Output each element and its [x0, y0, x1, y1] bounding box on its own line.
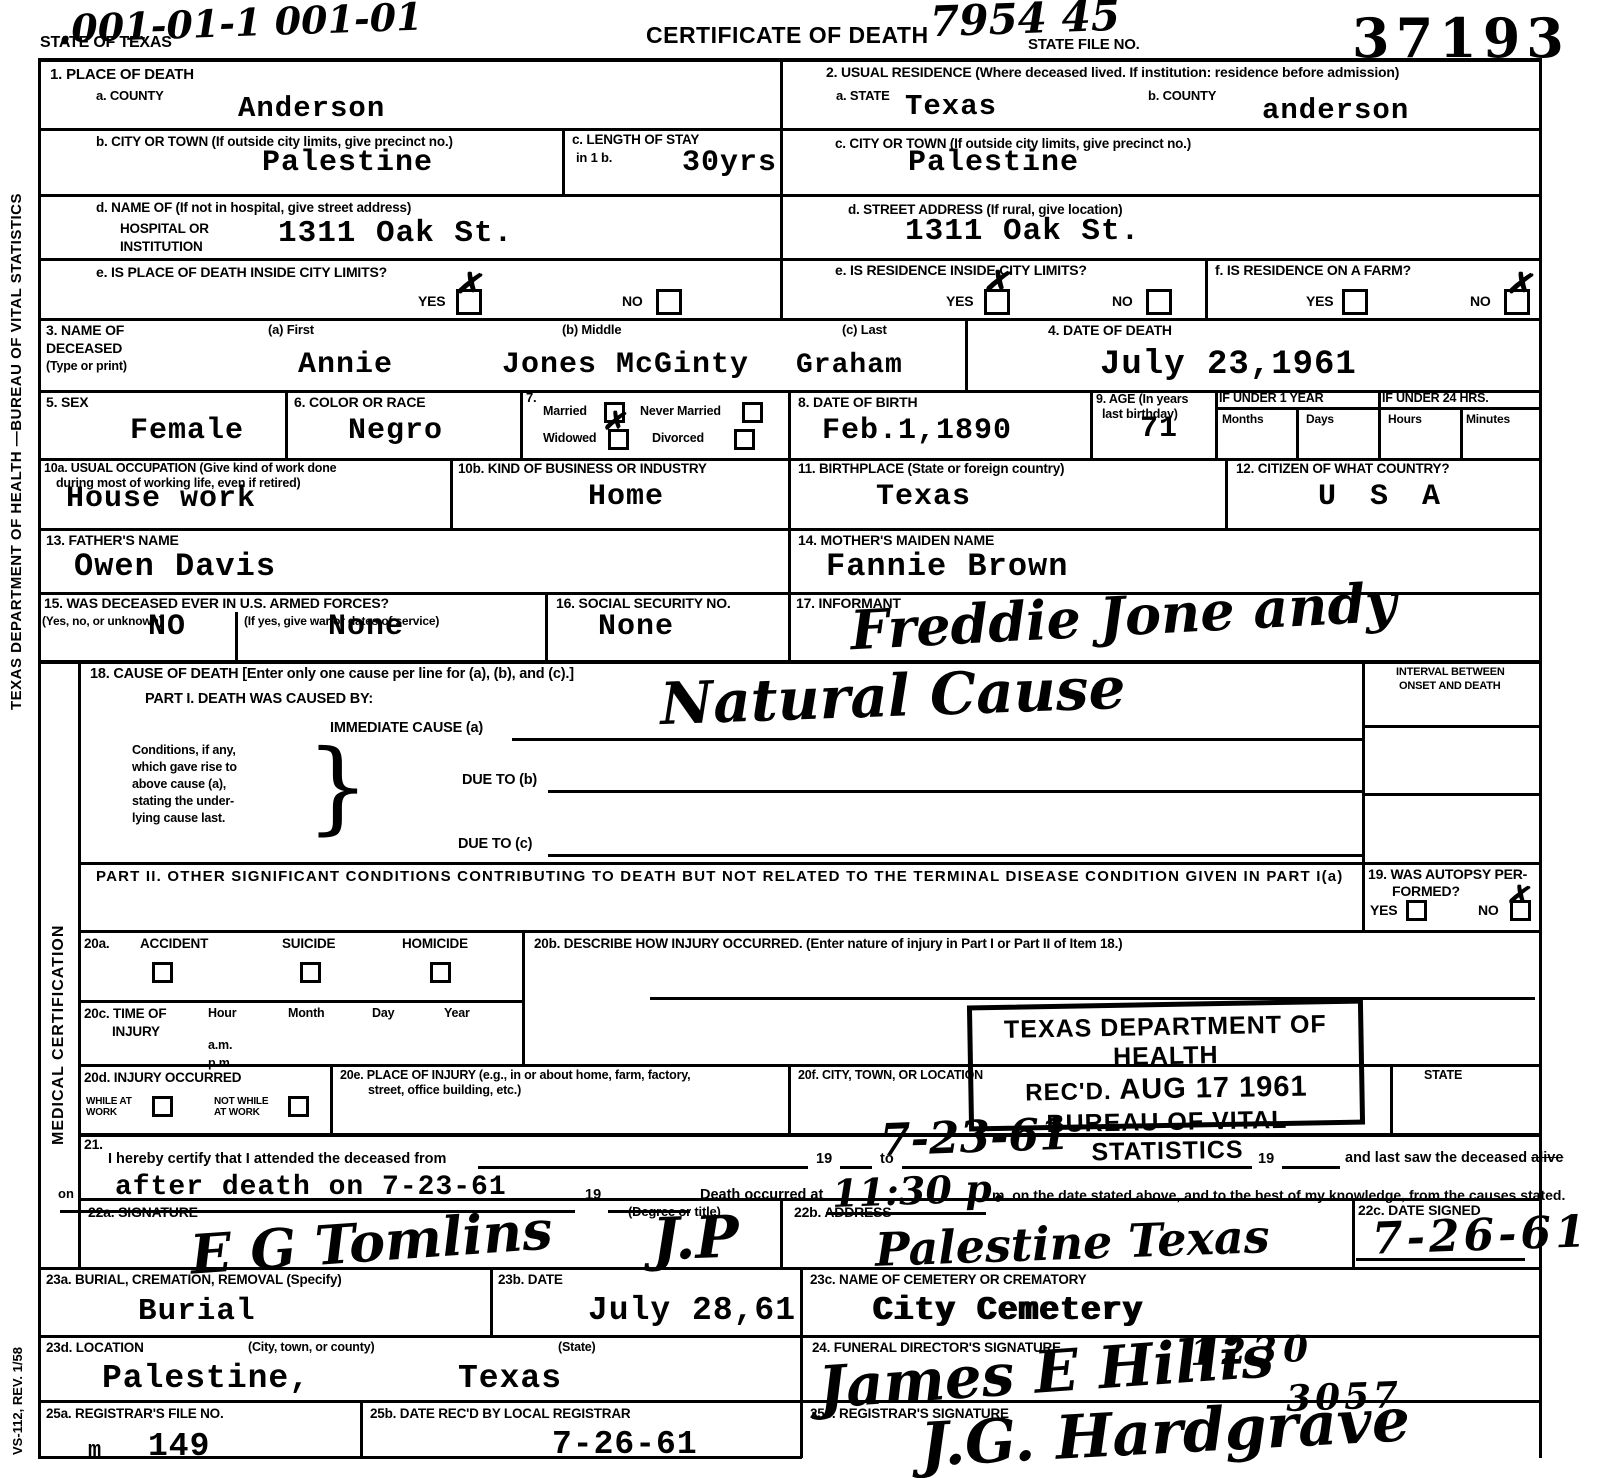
- father-label: 13. FATHER'S NAME: [46, 532, 179, 548]
- residence-state-value: Texas: [905, 90, 997, 123]
- part1-label: PART I. DEATH WAS CAUSED BY:: [145, 691, 373, 707]
- divider: [38, 194, 1542, 197]
- name-label-1: 3. NAME OF: [46, 322, 124, 338]
- death-certificate-document: .001-01-1 001-01 STATE OF TEXAS CERTIFIC…: [0, 0, 1598, 1478]
- suicide-label: SUICIDE: [282, 936, 335, 951]
- armed-forces-label: 15. WAS DECEASED EVER IN U.S. ARMED FORC…: [44, 595, 389, 611]
- divider: [38, 660, 1542, 664]
- divider: [788, 1064, 791, 1133]
- death-occurred-label: Death occurred at: [700, 1187, 823, 1203]
- months-label: Months: [1222, 412, 1263, 426]
- farm-no-label: NO: [1470, 293, 1491, 309]
- divider: [1296, 407, 1299, 458]
- race-label: 6. COLOR OR RACE: [294, 394, 425, 410]
- injury-state-label: STATE: [1424, 1068, 1462, 1082]
- due-to-b-line: [548, 790, 1362, 793]
- divider: [800, 1267, 803, 1458]
- father-value: Owen Davis: [74, 548, 276, 585]
- conditions-note-3: above cause (a),: [132, 777, 226, 791]
- nineteen-a: 19: [816, 1151, 832, 1167]
- divider: [965, 318, 968, 390]
- under-24-hrs-label: IF UNDER 24 HRS.: [1382, 391, 1489, 405]
- page-title: CERTIFICATE OF DEATH: [646, 22, 929, 49]
- armed-forces-value-2: None: [328, 610, 404, 644]
- pod-no-checkbox: [656, 289, 682, 315]
- burial-type-label: 23a. BURIAL, CREMATION, REMOVAL (Specify…: [46, 1272, 342, 1287]
- margin-agency-label: TEXAS DEPARTMENT OF HEALTH —BUREAU OF VI…: [8, 193, 25, 710]
- burial-state-value: Texas: [458, 1360, 562, 1397]
- conditions-note-1: Conditions, if any,: [132, 743, 236, 757]
- autopsy-label-2: FORMED?: [1392, 883, 1460, 899]
- injury-blank-line: [650, 997, 1535, 1000]
- certify-text-1: I hereby certify that I attended the dec…: [108, 1151, 446, 1167]
- divider: [78, 1000, 522, 1003]
- year-label: Year: [444, 1006, 470, 1020]
- interval-label-2: ONSET AND DEATH: [1399, 680, 1501, 692]
- sex-label: 5. SEX: [46, 394, 88, 410]
- day-label: Day: [372, 1006, 394, 1020]
- birthplace-label: 11. BIRTHPLACE (State or foreign country…: [798, 461, 1064, 476]
- county-value: Anderson: [238, 92, 385, 125]
- certify-text-2: m. on the date stated above, and to the …: [992, 1187, 1565, 1203]
- armed-forces-sub-1: (Yes, no, or unknown): [42, 614, 162, 628]
- never-married-label: Never Married: [640, 404, 721, 418]
- hours-label: Hours: [1388, 412, 1422, 426]
- middle-name-label: (b) Middle: [562, 322, 621, 337]
- time-of-injury-label-2: INJURY: [112, 1024, 160, 1039]
- pod-inside-city-label: e. IS PLACE OF DEATH INSIDE CITY LIMITS?: [96, 264, 387, 280]
- residence-state-label: a. STATE: [836, 88, 890, 103]
- due-to-c-line: [548, 854, 1362, 857]
- not-while-label-1: NOT WHILE: [214, 1096, 268, 1107]
- state-of-texas-label: STATE OF TEXAS: [40, 34, 172, 52]
- suicide-checkbox: [300, 962, 321, 983]
- pod-yes-label: YES: [418, 293, 445, 309]
- res-yes-label: YES: [946, 293, 973, 309]
- divorced-label: Divorced: [652, 431, 704, 445]
- middle-name-value-2: McGinty: [616, 348, 749, 382]
- not-while-label-2: AT WORK: [214, 1107, 260, 1118]
- length-of-stay-value: 30yrs: [682, 146, 777, 180]
- degree-value: J.P: [651, 1203, 740, 1274]
- under-1-year-label: IF UNDER 1 YEAR: [1219, 391, 1323, 405]
- date-signed-value: 7-26-61: [1371, 1206, 1590, 1265]
- length-of-stay-sub: in 1 b.: [576, 150, 612, 165]
- date-of-death-label: 4. DATE OF DEATH: [1048, 322, 1172, 338]
- divider: [562, 128, 565, 194]
- hospital-label-1: d. NAME OF (If not in hospital, give str…: [96, 200, 411, 215]
- stamp-recd-label: REC'D.: [1025, 1078, 1112, 1107]
- divider: [330, 1064, 333, 1133]
- date-signed-line: [1356, 1258, 1525, 1261]
- mother-value: Fannie Brown: [826, 548, 1068, 585]
- birthplace-value: Texas: [876, 480, 971, 514]
- am-label: a.m.: [208, 1038, 232, 1052]
- divider: [788, 390, 791, 660]
- interval-label-1: INTERVAL BETWEEN: [1396, 666, 1505, 678]
- divider: [38, 128, 1542, 131]
- res-no-label: NO: [1112, 293, 1133, 309]
- divider: [1362, 660, 1365, 930]
- pm-label: p.m.: [208, 1056, 233, 1070]
- hospital-label-2: HOSPITAL OR: [120, 221, 209, 236]
- place-of-injury-label-1: 20e. PLACE OF INJURY (e.g., in or about …: [340, 1068, 690, 1082]
- margin-form-number-label: VS-112, REV. 1/58: [10, 1347, 25, 1455]
- divider: [545, 592, 548, 660]
- certify-item-no: 21.: [84, 1136, 103, 1152]
- never-married-checkbox: [742, 402, 763, 423]
- first-name-value: Annie: [298, 348, 393, 382]
- burial-location-sub-1: (City, town, or county): [248, 1340, 374, 1354]
- line-19a: [840, 1166, 872, 1169]
- street-address-value: 1311 Oak St.: [905, 214, 1140, 249]
- age-value: 71: [1140, 412, 1178, 446]
- hospital-value: 1311 Oak St.: [278, 216, 513, 251]
- farm-yes-checkbox: [1342, 289, 1368, 315]
- accident-label: ACCIDENT: [140, 936, 208, 951]
- medical-certification-side-label: MEDICAL CERTIFICATION: [50, 925, 68, 1145]
- to-word: to: [880, 1151, 894, 1167]
- citizen-label: 12. CITIZEN OF WHAT COUNTRY?: [1236, 461, 1449, 476]
- signature-label: 22a. SIGNATURE: [88, 1204, 198, 1220]
- divider: [38, 58, 1542, 62]
- last-saw-text: and last saw the deceased alive: [1345, 1150, 1563, 1166]
- divider: [1460, 407, 1463, 458]
- business-value: Home: [588, 480, 664, 514]
- age-label-1: 9. AGE (In years: [1096, 392, 1188, 406]
- homicide-label: HOMICIDE: [402, 936, 468, 951]
- married-label: Married: [543, 404, 587, 418]
- stamp-line-2: REC'D. AUG 17 1961: [973, 1070, 1360, 1110]
- sex-value: Female: [130, 414, 244, 448]
- hour-label: Hour: [208, 1006, 236, 1020]
- divider: [1090, 390, 1093, 458]
- divider: [780, 58, 783, 318]
- divider: [1205, 258, 1208, 318]
- divider: [1362, 793, 1542, 796]
- registrar-file-label: 25a. REGISTRAR'S FILE NO.: [46, 1406, 224, 1421]
- business-label: 10b. KIND OF BUSINESS OR INDUSTRY: [458, 461, 707, 476]
- occupation-value: House work: [66, 482, 256, 516]
- race-value: Negro: [348, 414, 443, 448]
- due-to-c-label: DUE TO (c): [458, 836, 532, 852]
- while-at-work-label-2: WORK: [86, 1107, 117, 1118]
- struck-alive-word: alive: [1531, 1150, 1563, 1166]
- stamp-line-1: TEXAS DEPARTMENT OF HEALTH: [972, 1010, 1359, 1075]
- pod-no-label: NO: [622, 293, 643, 309]
- cemetery-value: City Cemetery: [872, 1292, 1142, 1329]
- citizen-value: U S A: [1318, 480, 1448, 514]
- armed-forces-value-1: NO: [148, 610, 186, 644]
- dob-value: Feb.1,1890: [822, 414, 1012, 448]
- conditions-brace: }: [306, 728, 370, 845]
- divider: [285, 390, 288, 458]
- divider: [38, 258, 1542, 261]
- conditions-note-4: stating the under-: [132, 794, 234, 808]
- divider: [1352, 1198, 1355, 1267]
- border: [38, 58, 41, 1458]
- divider: [1378, 390, 1381, 458]
- widowed-label: Widowed: [543, 431, 596, 445]
- ssn-value: None: [598, 610, 674, 644]
- address-label: 22b. ADDRESS: [794, 1204, 891, 1220]
- divider: [780, 1198, 783, 1267]
- autopsy-yes-checkbox: [1406, 900, 1427, 921]
- ssn-label: 16. SOCIAL SECURITY NO.: [556, 595, 731, 611]
- res-no-checkbox: [1146, 289, 1172, 315]
- burial-location-sub-2: (State): [558, 1340, 596, 1354]
- dob-label: 8. DATE OF BIRTH: [798, 394, 917, 410]
- from-line: [478, 1166, 808, 1169]
- registrar-file-value: 149: [148, 1428, 210, 1465]
- farm-label: f. IS RESIDENCE ON A FARM?: [1215, 262, 1411, 278]
- time-of-injury-label-1: 20c. TIME OF: [84, 1006, 166, 1021]
- cemetery-label: 23c. NAME OF CEMETERY OR CREMATORY: [810, 1272, 1087, 1287]
- divider: [78, 660, 81, 1267]
- while-at-work-checkbox: [152, 1096, 173, 1117]
- burial-type-value: Burial: [138, 1294, 256, 1329]
- divider: [490, 1267, 493, 1335]
- days-label: Days: [1306, 412, 1334, 426]
- funeral-number-1: 1230: [1189, 1328, 1315, 1374]
- autopsy-yes-label: YES: [1370, 902, 1397, 918]
- divider: [78, 930, 1542, 933]
- part2-label: PART II. OTHER SIGNIFICANT CONDITIONS CO…: [96, 868, 1344, 885]
- after-death-value: after death on 7-23-61: [115, 1172, 507, 1203]
- immediate-cause-value: Natural Cause: [659, 654, 1126, 738]
- how-injury-label: 20b. DESCRIBE HOW INJURY OCCURRED. (Ente…: [534, 936, 1122, 951]
- line-19b: [1282, 1166, 1340, 1169]
- divider: [38, 1335, 1542, 1338]
- divorced-checkbox: [734, 429, 755, 450]
- stamp-date: AUG 17 1961: [1119, 1071, 1308, 1106]
- residence-county-label: b. COUNTY: [1148, 88, 1216, 103]
- burial-location-label: 23d. LOCATION: [46, 1340, 144, 1355]
- residence-section-label: 2. USUAL RESIDENCE (Where deceased lived…: [826, 64, 1399, 80]
- first-name-label: (a) First: [268, 322, 314, 337]
- occupation-label-1: 10a. USUAL OCCUPATION (Give kind of work…: [44, 461, 336, 475]
- divider: [522, 930, 525, 1064]
- nineteen-b: 19: [1258, 1151, 1274, 1167]
- month-label: Month: [288, 1006, 324, 1020]
- divider: [235, 612, 238, 660]
- pod-yes-checkmark: ✗: [454, 265, 488, 303]
- divider: [1390, 1064, 1393, 1133]
- burial-city-value: Palestine,: [102, 1360, 310, 1397]
- divider: [450, 458, 453, 528]
- marital-item-label: 7.: [526, 390, 536, 405]
- recd-by-registrar-label: 25b. DATE REC'D BY LOCAL REGISTRAR: [370, 1406, 630, 1421]
- res-inside-city-label: e. IS RESIDENCE INSIDE CITY LIMITS?: [835, 262, 1087, 278]
- autopsy-label-1: 19. WAS AUTOPSY PER-: [1368, 866, 1527, 882]
- divider: [1225, 458, 1228, 528]
- place-of-death-section-label: 1. PLACE OF DEATH: [50, 66, 194, 83]
- mother-label: 14. MOTHER'S MAIDEN NAME: [798, 532, 994, 548]
- injury-city-label: 20f. CITY, TOWN, OR LOCATION: [798, 1068, 983, 1082]
- recd-date-value: 7-26-61: [552, 1426, 698, 1463]
- length-of-stay-label: c. LENGTH OF STAY: [572, 132, 699, 147]
- date-of-death-value: July 23,1961: [1100, 346, 1357, 384]
- res-city-value: Palestine: [908, 146, 1079, 180]
- divider: [1362, 725, 1542, 728]
- due-to-b-label: DUE TO (b): [462, 772, 537, 788]
- county-label: a. COUNTY: [96, 88, 164, 103]
- divider: [38, 318, 1542, 321]
- burial-date-value: July 28,61: [588, 1292, 796, 1329]
- nineteen-c: 19: [585, 1187, 601, 1203]
- divider: [520, 390, 523, 458]
- divider: [360, 1400, 363, 1458]
- burial-date-label: 23b. DATE: [498, 1272, 563, 1287]
- not-while-checkbox: [288, 1096, 309, 1117]
- pod-city-value: Palestine: [262, 146, 433, 180]
- attended-from-value: 7-23-61: [879, 1109, 1070, 1167]
- last-name-label: (c) Last: [842, 322, 887, 337]
- divider: [78, 862, 1542, 865]
- conditions-note-5: lying cause last.: [132, 811, 225, 825]
- last-name-value: Graham: [796, 350, 903, 381]
- accident-checkbox: [152, 962, 173, 983]
- injury-occurred-label: 20d. INJURY OCCURRED: [84, 1070, 241, 1085]
- while-at-work-label-1: WHILE AT: [86, 1096, 132, 1107]
- minutes-label: Minutes: [1466, 412, 1510, 426]
- middle-name-value-1: Jones: [502, 348, 597, 382]
- name-label-3: (Type or print): [46, 359, 127, 373]
- conditions-note-2: which gave rise to: [132, 760, 237, 774]
- autopsy-no-label: NO: [1478, 902, 1499, 918]
- divider: [1215, 390, 1218, 458]
- on-word: on: [58, 1186, 74, 1201]
- accident-item-no: 20a.: [84, 936, 109, 951]
- hospital-label-3: INSTITUTION: [120, 239, 203, 254]
- farm-no-checkmark: ✗: [1505, 265, 1539, 303]
- homicide-checkbox: [430, 962, 451, 983]
- cause-a-line: [512, 738, 1362, 741]
- residence-county-value: anderson: [1262, 94, 1409, 127]
- registrar-file-prefix: m: [88, 1438, 102, 1463]
- cause-of-death-label: 18. CAUSE OF DEATH [Enter only one cause…: [90, 666, 574, 682]
- farm-yes-label: YES: [1306, 293, 1333, 309]
- name-label-2: DECEASED: [46, 340, 122, 356]
- place-of-injury-label-2: street, office building, etc.): [368, 1083, 521, 1097]
- state-file-no-label: STATE FILE NO.: [1028, 36, 1140, 53]
